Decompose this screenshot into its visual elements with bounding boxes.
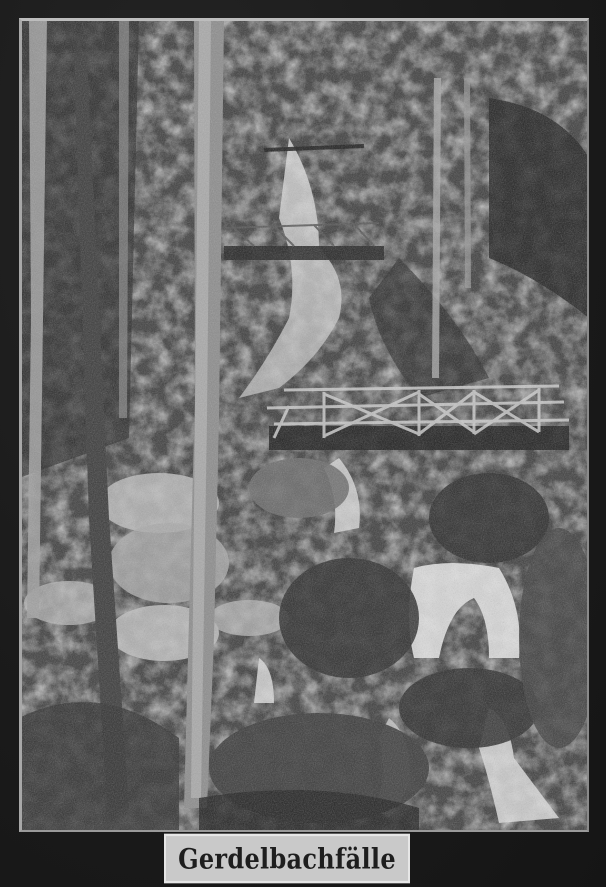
photo-caption: Gerdelbachfälle bbox=[164, 834, 410, 883]
waterfall-photograph bbox=[19, 18, 589, 832]
photo-illustration bbox=[19, 18, 589, 832]
